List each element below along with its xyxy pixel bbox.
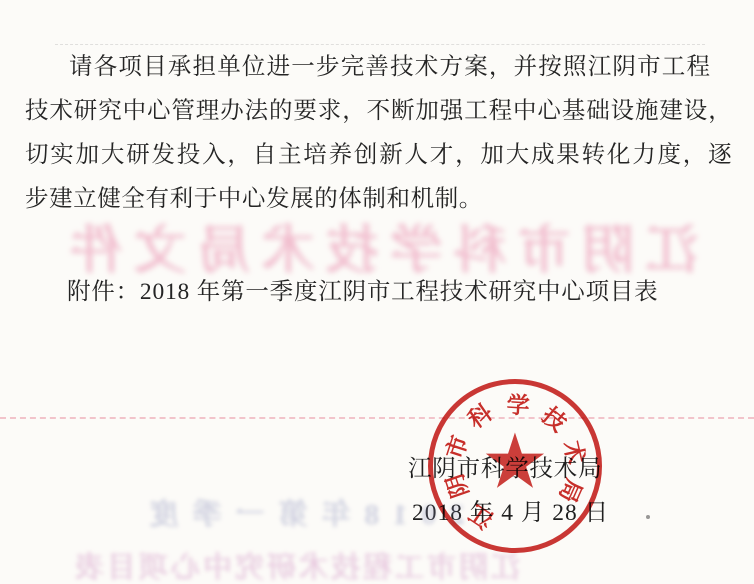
seal-char: 学	[504, 392, 531, 419]
scan-speck	[646, 515, 650, 519]
seal-char: 技	[535, 402, 572, 439]
seal-char: 江	[463, 498, 499, 534]
seal-char: 市	[442, 431, 475, 464]
seal-char: 阴	[442, 469, 475, 502]
paragraph-line: 切实加大研发投入，自主培养创新人才，加大成果转化力度，逐	[25, 140, 737, 170]
paragraph-line: 步建立健全有利于中心发展的体制和机制。	[25, 184, 737, 214]
paragraph-line: 技术研究中心管理办法的要求，不断加强工程中心基础设施建设，	[25, 96, 737, 126]
scan-artifact-line	[55, 44, 705, 45]
seal-char: 局	[553, 473, 587, 507]
attachment-line: 附件：2018 年第一季度江阴市工程技术研究中心项目表	[67, 272, 658, 306]
seal-char: 科	[462, 399, 498, 435]
bleedthrough-rule-line	[0, 417, 754, 419]
paragraph-line: 请各项目承担单位进一步完善技术方案，并按照江阴市工程	[25, 52, 754, 82]
seal-char: 术	[558, 437, 589, 468]
seal-arc-text: 江 阴 市 科 学 技 术 局	[414, 365, 617, 568]
official-red-seal: ★ 江 阴 市 科 学 技 术 局	[428, 379, 602, 553]
scanned-document-page: 江阴市科学技术局文件 请各项目承担单位进一步完善技术方案，并按照江阴市工程 技术…	[0, 0, 754, 584]
